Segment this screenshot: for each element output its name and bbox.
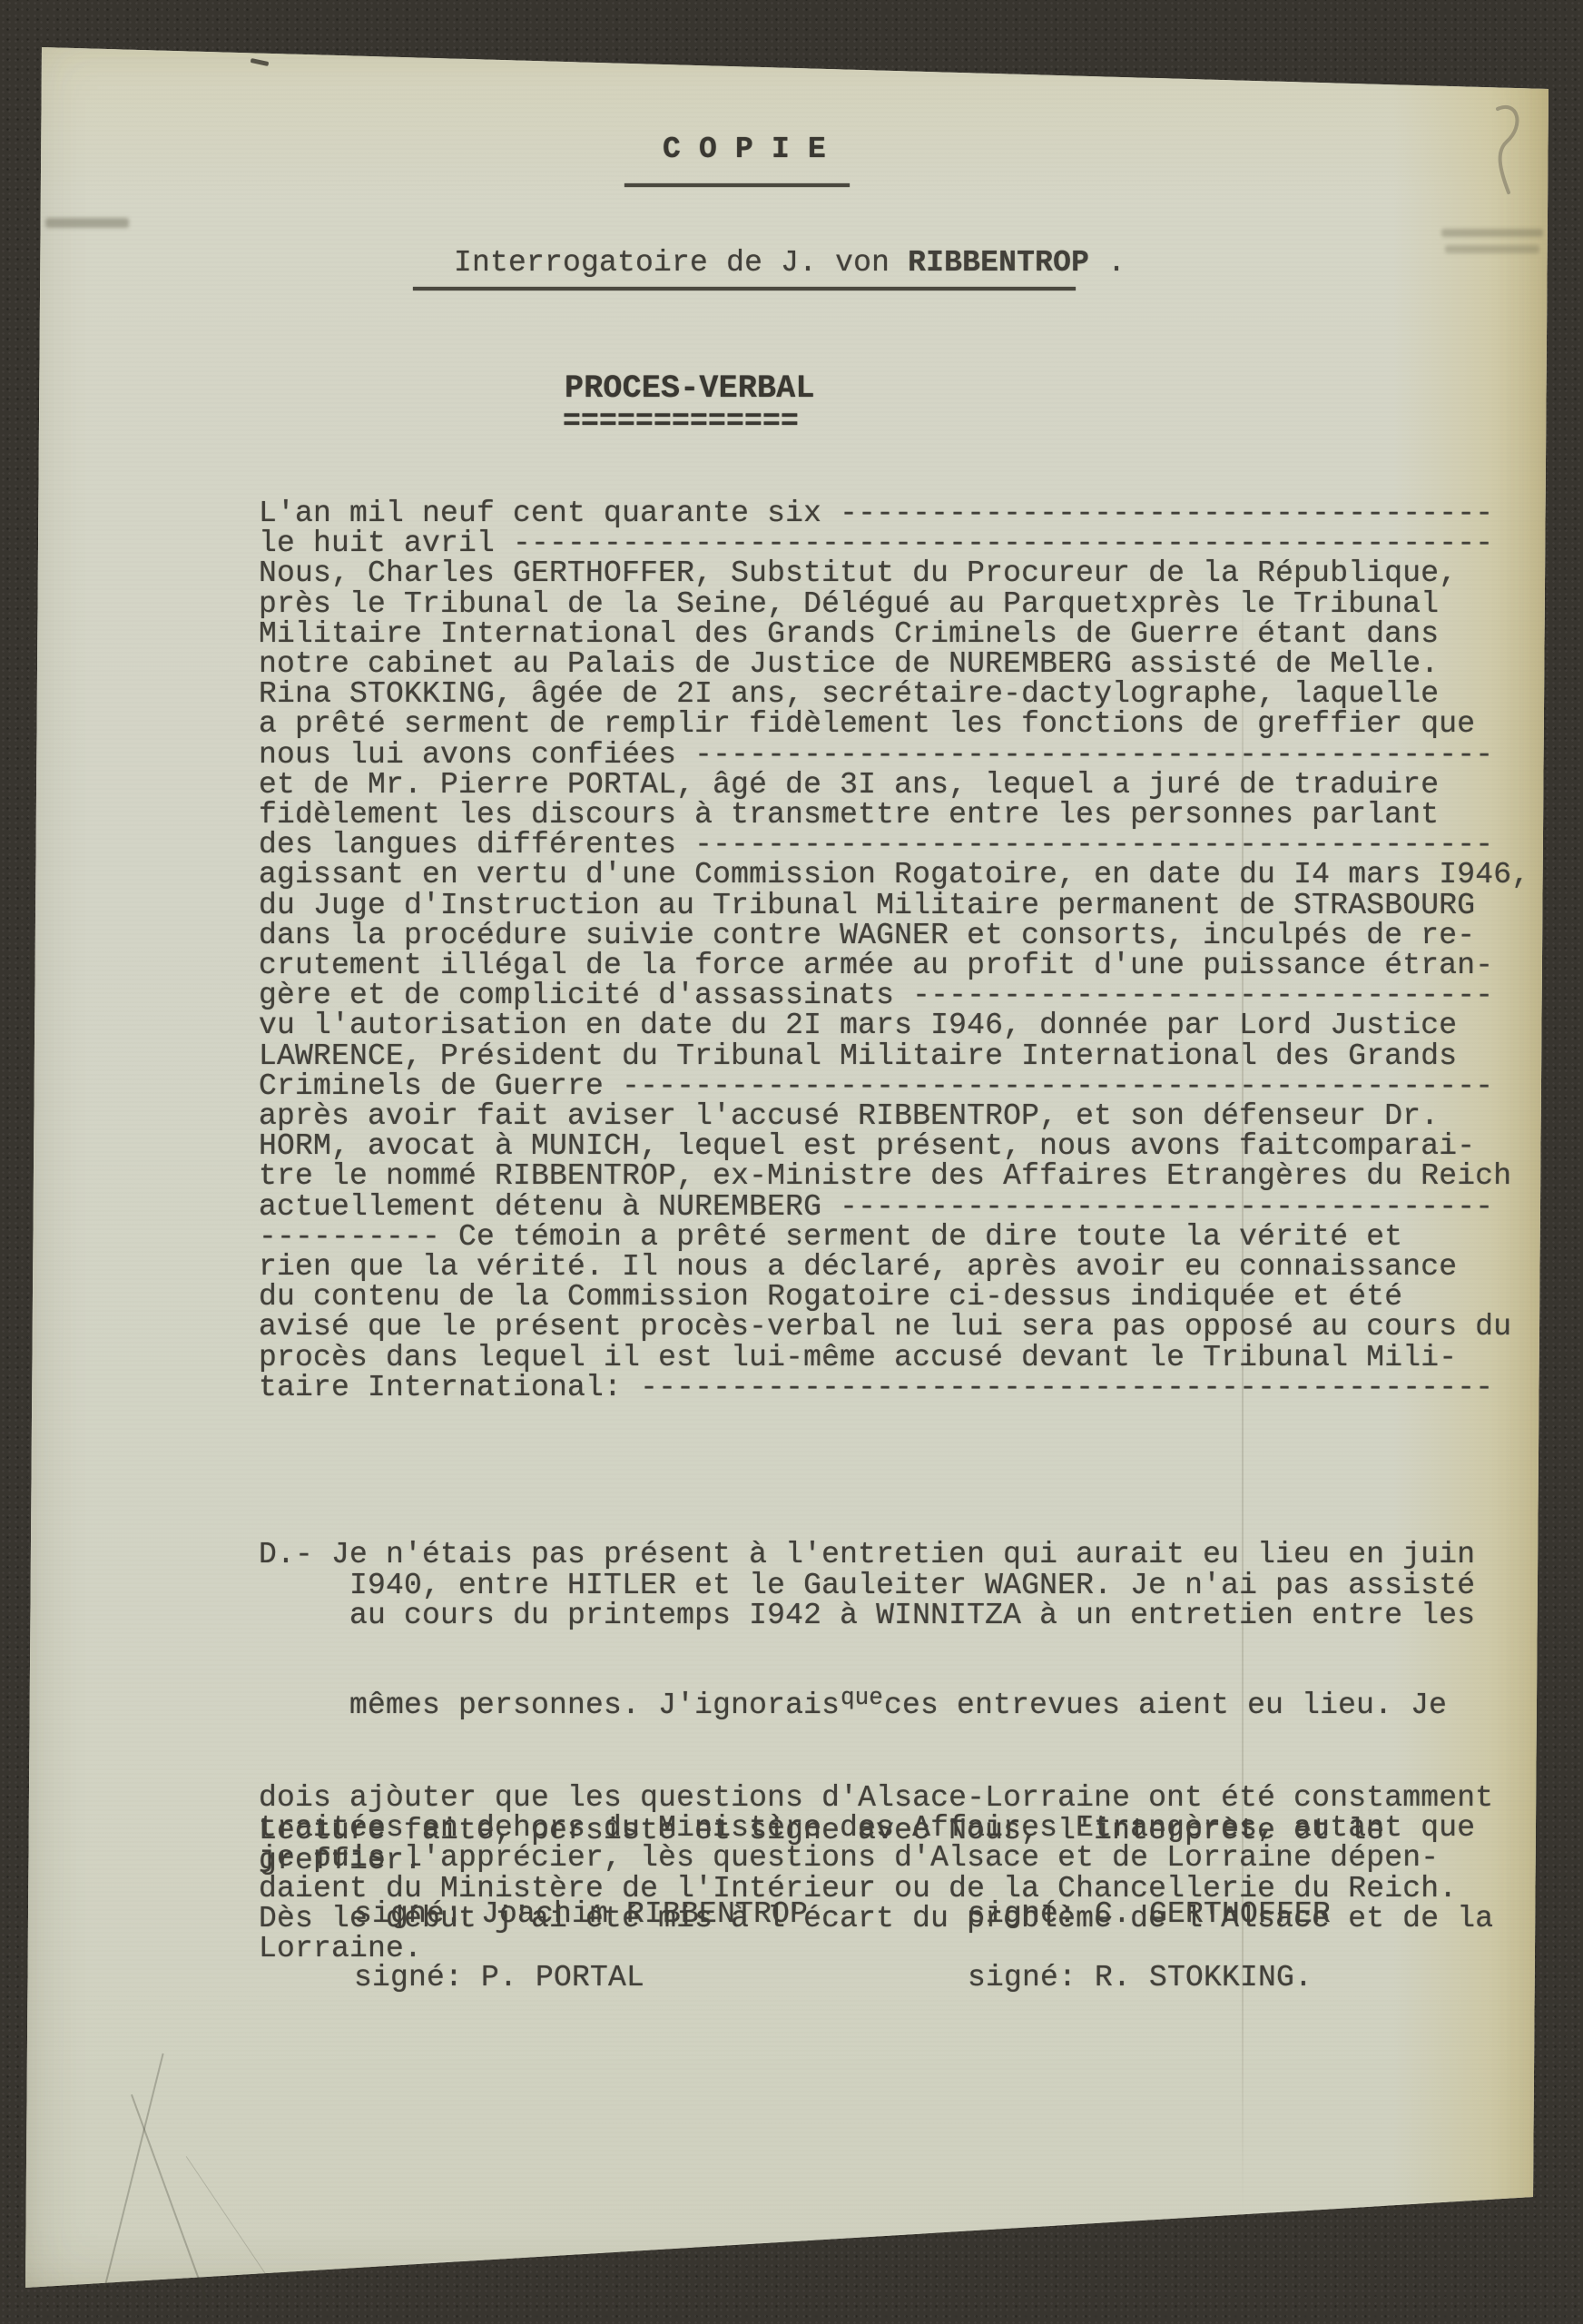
signature-gerthoffer: signé: C. GERTHOFFER (968, 1899, 1331, 1929)
deposition-insert-line: mêmes personnes. J'ignoraisqueces entrev… (259, 1690, 1493, 1722)
deposition-insert-after: ces entrevues aient eu lieu. Je (884, 1689, 1447, 1722)
copy-label: C O P I E (663, 134, 826, 164)
section-heading-underline: ============= (563, 407, 799, 437)
scanned-page-background: { "document": { "copy_label": "C O P I E… (0, 0, 1583, 2324)
body-text-block: L'an mil neuf cent quarante six --------… (259, 498, 1529, 1403)
title-underline (413, 287, 1076, 290)
document-title-pre: Interrogatoire de J. von (454, 246, 908, 280)
signature-portal: signé: P. PORTAL (354, 1963, 644, 1993)
pencil-mark (1478, 102, 1541, 211)
document-title-name: RIBBENTROP (908, 246, 1089, 280)
left-edge-smudge (45, 218, 129, 228)
inserted-word: que (841, 1683, 883, 1713)
document-title: Interrogatoire de J. von RIBBENTROP . (418, 218, 1126, 278)
signature-stokking: signé: R. STOKKING. (968, 1963, 1313, 1993)
deposition-lines-a: D.- Je n'étais pas présent à l'entretien… (259, 1540, 1493, 1630)
signature-ribbentrop: signé: Joachim RIBBENTROP (354, 1899, 808, 1929)
right-edge-smudge-1 (1441, 229, 1543, 237)
right-edge-smudge-2 (1445, 245, 1539, 253)
copy-label-underline (624, 183, 850, 187)
document-title-post: . (1089, 246, 1126, 280)
section-heading: PROCES-VERBAL (565, 374, 815, 404)
closing-statement: Lecture faite, persiste et signe avec No… (259, 1816, 1384, 1876)
deposition-insert-before: mêmes personnes. J'ignorais (259, 1689, 840, 1722)
